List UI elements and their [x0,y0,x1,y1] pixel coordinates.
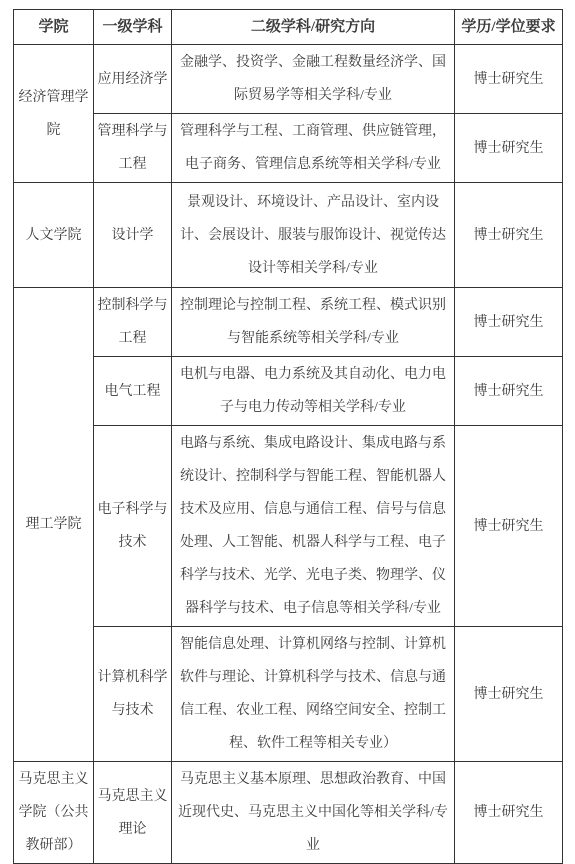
col-header-requirement: 学历/学位要求 [455,10,563,45]
college-cell: 经济管理学院 [14,45,94,183]
discipline-cell: 计算机科学与技术 [94,627,172,762]
discipline-cell: 管理科学与工程 [94,114,172,183]
directions-cell: 景观设计、环境设计、产品设计、室内设计、会展设计、服装与服饰设计、视觉传达设计等… [172,183,455,288]
col-header-college: 学院 [14,10,94,45]
table-row: 经济管理学院 应用经济学 金融学、投资学、金融工程数量经济学、国际贸易学等相关学… [14,45,563,114]
discipline-cell: 电子科学与技术 [94,426,172,627]
table-row: 计算机科学与技术 智能信息处理、计算机网络与控制、计算机软件与理论、计算机科学与… [14,627,563,762]
requirements-table: 学院 一级学科 二级学科/研究方向 学历/学位要求 经济管理学院 应用经济学 金… [13,9,563,864]
directions-cell: 电机与电器、电力系统及其自动化、电力电子与电力传动等相关学科/专业 [172,357,455,426]
requirement-cell: 博士研究生 [455,45,563,114]
requirement-cell: 博士研究生 [455,426,563,627]
discipline-cell: 电气工程 [94,357,172,426]
directions-cell: 管理科学与工程、工商管理、供应链管理，电子商务、管理信息系统等相关学科/专业 [172,114,455,183]
table-row: 马克思主义学院（公共教研部） 马克思主义理论 马克思主义基本原理、思想政治教育、… [14,762,563,864]
college-cell: 人文学院 [14,183,94,288]
directions-cell: 马克思主义基本原理、思想政治教育、中国近现代史、马克思主义中国化等相关学科/专业 [172,762,455,864]
requirement-cell: 博士研究生 [455,114,563,183]
header-row: 学院 一级学科 二级学科/研究方向 学历/学位要求 [14,10,563,45]
table-row: 电子科学与技术 电路与系统、集成电路设计、集成电路与系统设计、控制科学与智能工程… [14,426,563,627]
requirement-cell: 博士研究生 [455,288,563,357]
discipline-cell: 马克思主义理论 [94,762,172,864]
college-cell: 理工学院 [14,288,94,762]
directions-cell: 金融学、投资学、金融工程数量经济学、国际贸易学等相关学科/专业 [172,45,455,114]
table-row: 电气工程 电机与电器、电力系统及其自动化、电力电子与电力传动等相关学科/专业 博… [14,357,563,426]
directions-cell: 控制理论与控制工程、系统工程、模式识别与智能系统等相关学科/专业 [172,288,455,357]
directions-cell: 智能信息处理、计算机网络与控制、计算机软件与理论、计算机科学与技术、信息与通信工… [172,627,455,762]
requirement-cell: 博士研究生 [455,357,563,426]
col-header-directions: 二级学科/研究方向 [172,10,455,45]
requirement-cell: 博士研究生 [455,627,563,762]
discipline-cell: 设计学 [94,183,172,288]
table-row: 人文学院 设计学 景观设计、环境设计、产品设计、室内设计、会展设计、服装与服饰设… [14,183,563,288]
discipline-cell: 应用经济学 [94,45,172,114]
table-row: 管理科学与工程 管理科学与工程、工商管理、供应链管理，电子商务、管理信息系统等相… [14,114,563,183]
requirement-cell: 博士研究生 [455,183,563,288]
table-row: 理工学院 控制科学与工程 控制理论与控制工程、系统工程、模式识别与智能系统等相关… [14,288,563,357]
directions-cell: 电路与系统、集成电路设计、集成电路与系统设计、控制科学与智能工程、智能机器人技术… [172,426,455,627]
requirement-cell: 博士研究生 [455,762,563,864]
discipline-cell: 控制科学与工程 [94,288,172,357]
col-header-discipline: 一级学科 [94,10,172,45]
college-cell: 马克思主义学院（公共教研部） [14,762,94,864]
